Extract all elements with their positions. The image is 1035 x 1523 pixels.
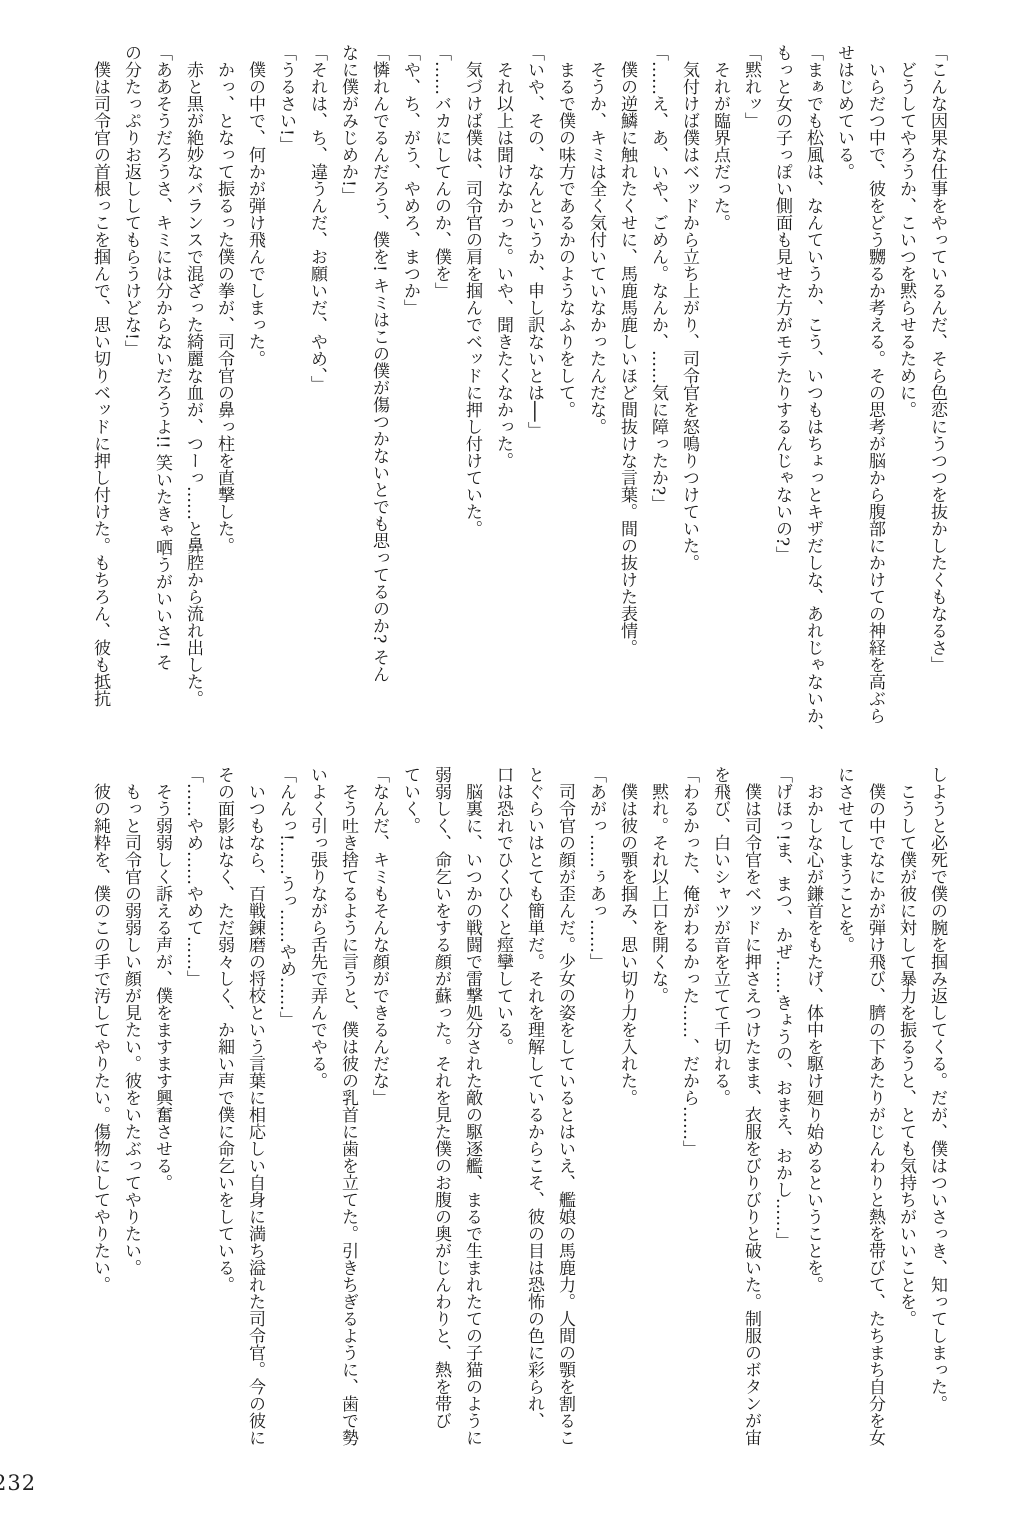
text-column: 「憐れんでるんだろう、僕を! キミはこの僕が傷つかないとでも思ってるのか? そん: [363, 44, 394, 756]
text-column: 「いや、その、なんというか、申し訳ないとは──」: [518, 44, 549, 756]
text-column: 僕の逆鱗に触れたくせに、馬鹿馬鹿しいほど間抜けな言葉。間の抜けた表情。: [611, 44, 642, 756]
text-column: それが臨界点だった。: [704, 44, 735, 756]
text-column: 「うるさい!」: [270, 44, 301, 756]
text-column: そう弱弱しく訴える声が、僕をますます興奮させる。: [146, 766, 177, 1482]
text-column: とぐらいはとても簡単だ。それを理解しているからこそ、彼の目は恐怖の色に彩られ、: [518, 766, 549, 1482]
text-column: 「あがっ……ぅあっ……」: [580, 766, 611, 1482]
text-column: そうか、キミは全く気付いていなかったんだな。: [580, 44, 611, 756]
text-column: 司令官の顔が歪んだ。少女の姿をしているとはいえ、艦娘の馬鹿力。人間の顎を割るこ: [549, 766, 580, 1482]
text-column: かっ、となって振るった僕の拳が、司令官の鼻っ柱を直撃した。: [208, 44, 239, 756]
text-column: 彼の純粋を、僕のこの手で汚してやりたい。傷物にしてやりたい。: [84, 766, 115, 1482]
text-column: 僕は司令官の首根っこを掴んで、思い切りベッドに押し付けた。もちろん、彼も抵抗: [84, 44, 115, 756]
text-column: 「……え、あ、いや、ごめん。なんか、……気に障ったか?」: [642, 44, 673, 756]
page-number: 232: [0, 1471, 36, 1495]
text-column: その面影はなく、ただ弱々しく、か細い声で僕に命乞いをしている。: [208, 766, 239, 1482]
text-column: もっと司令官の弱弱しい顔が見たい。彼をいたぶってやりたい。: [115, 766, 146, 1482]
text-column: 黙れ。それ以上口を開くな。: [642, 766, 673, 1482]
text-column: せはじめている。: [828, 44, 859, 756]
text-column: にさせてしまうことを。: [828, 766, 859, 1482]
text-band-top: 「こんな因果な仕事をやっているんだ、そら色恋にうつつを抜かしたくもなるさ」 どう…: [78, 44, 952, 756]
text-column: を飛び、白いシャツが音を立てて千切れる。: [704, 766, 735, 1482]
novel-page: 「こんな因果な仕事をやっているんだ、そら色恋にうつつを抜かしたくもなるさ」 どう…: [0, 0, 1035, 1523]
text-column: どうしてやろうか、こいつを黙らせるために。: [890, 44, 921, 756]
text-column: 「……やめ……やめて……」: [177, 766, 208, 1482]
text-column: 僕は彼の顎を掴み、思い切り力を入れた。: [611, 766, 642, 1482]
text-column: 「なんだ、キミもそんな顔ができるんだな」: [363, 766, 394, 1482]
text-column: 「それは、ち、違うんだ、お願いだ、やめ、」: [301, 44, 332, 756]
text-column: 「わるかった、俺がわるかった……、だから……」: [673, 766, 704, 1482]
text-column: 「まぁでも松風は、なんていうか、こう、いつもはちょっとキザだしな、あれじゃないか…: [797, 44, 828, 756]
text-column: 赤と黒が絶妙なバランスで混ざった綺麗な血が、つーっ……と鼻腔から流れ出した。: [177, 44, 208, 756]
text-column: 口は恐れでひくひくと痙攣している。: [487, 766, 518, 1482]
text-column: 「ああそうだろうさ、キミには分からないだろうよ!! 笑いたきゃ哂うがいいさ! そ: [146, 44, 177, 756]
text-column: 「や、ち、がう、やめろ、まつか」: [394, 44, 425, 756]
text-column: こうして僕が彼に対して暴力を振るうと、とても気持ちがいいことを。: [890, 766, 921, 1482]
text-column: 僕の中でなにかが弾け飛び、臍の下あたりがじんわりと熱を帯びて、たちまち自分を女: [859, 766, 890, 1482]
text-column: 「こんな因果な仕事をやっているんだ、そら色恋にうつつを抜かしたくもなるさ」: [921, 44, 952, 756]
text-column: おかしな心が鎌首をもたげ、体中を駆け廻り始めるということを。: [797, 766, 828, 1482]
text-column: 僕は司令官をベッドに押さえつけたまま、衣服をびりびりと破いた。制服のボタンが宙: [735, 766, 766, 1482]
text-band-bottom: しようと必死で僕の腕を掴み返してくる。だが、僕はついさっき、知ってしまった。 こ…: [78, 766, 952, 1482]
text-column: そう吐き捨てるように言うと、僕は彼の乳首に歯を立てた。引きちぎるように、歯で勢: [332, 766, 363, 1482]
text-column: それ以上は聞けなかった。いや、聞きたくなかった。: [487, 44, 518, 756]
text-column: しようと必死で僕の腕を掴み返してくる。だが、僕はついさっき、知ってしまった。: [921, 766, 952, 1482]
text-column: 脳裏に、いつかの戦闘で雷撃処分された敵の駆逐艦、まるで生まれたての子猫のように: [456, 766, 487, 1482]
text-column: 「んんっ!……うっ……やめ……」: [270, 766, 301, 1482]
text-column: 「黙れッ」: [735, 44, 766, 756]
text-column: 「……バカにしてんのか、僕を」: [425, 44, 456, 756]
text-column: いつもなら、百戦錬磨の将校という言葉に相応しい自身に満ち溢れた司令官。今の彼に: [239, 766, 270, 1482]
text-column: もっと女の子っぽい側面も見せた方がモテたりするんじゃないの?」: [766, 44, 797, 756]
text-column: 気づけば僕は、司令官の肩を掴んでベッドに押し付けていた。: [456, 44, 487, 756]
text-column: 僕の中で、何かが弾け飛んでしまった。: [239, 44, 270, 756]
text-column: 気付けば僕はベッドから立ち上がり、司令官を怒鳴りつけていた。: [673, 44, 704, 756]
text-column: まるで僕の味方であるかのようなふりをして。: [549, 44, 580, 756]
text-column: いらだつ中で、彼をどう嬲るか考える。その思考が脳から腹部にかけての神経を高ぶら: [859, 44, 890, 756]
text-column: いよく引っ張りながら舌先で弄んでやる。: [301, 766, 332, 1482]
text-column: 「げほっ!ま、まつ、かぜ……きょうの、おまえ、おかし……」: [766, 766, 797, 1482]
text-column: の分たっぷりお返ししてもらうけどな!」: [115, 44, 146, 756]
text-column: なに僕がみじめか!」: [332, 44, 363, 756]
text-column: ていく。: [394, 766, 425, 1482]
text-column: 弱弱しく、命乞いをする顔が蘇った。それを見た僕のお腹の奥がじんわりと、熱を帯び: [425, 766, 456, 1482]
